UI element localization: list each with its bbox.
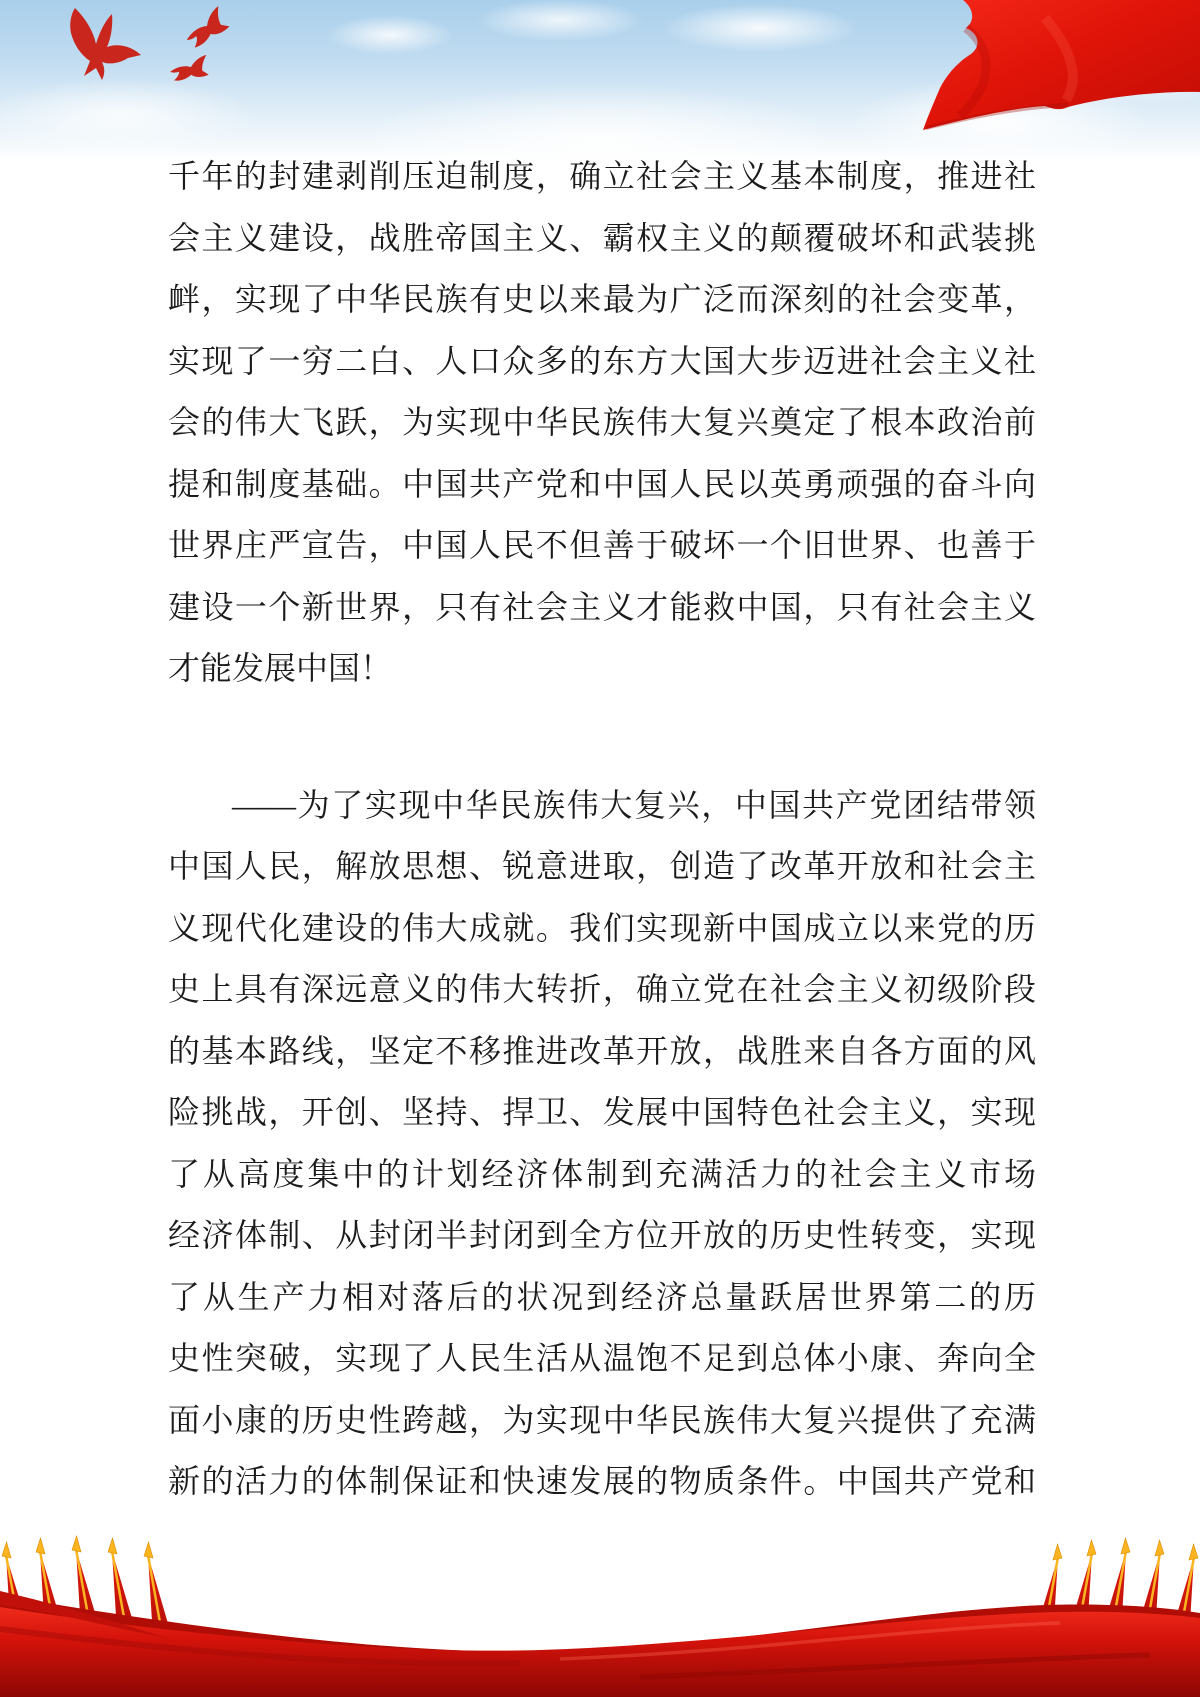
dove-medium-icon <box>181 5 230 49</box>
dove-large-icon <box>70 8 141 80</box>
text-line: 的基本路线，坚定不移推进改革开放，战胜来自各方面的风 <box>168 1021 1036 1083</box>
text-line: 实现了一穷二白、人口众多的东方大国大步迈进社会主义社 <box>168 331 1036 393</box>
text-line: 面小康的历史性跨越，为实现中华民族伟大复兴提供了充满 <box>168 1390 1036 1452</box>
text-line: 史上具有深远意义的伟大转折，确立党在社会主义初级阶段 <box>168 959 1036 1021</box>
text-line: 提和制度基础。中国共产党和中国人民以英勇顽强的奋斗向 <box>168 454 1036 516</box>
document-page: 千年的封建剥削压迫制度，确立社会主义基本制度，推进社会主义建设，战胜帝国主义、霸… <box>0 0 1200 1697</box>
text-line: ——为了实现中华民族伟大复兴，中国共产党团结带领 <box>168 775 1036 837</box>
dove-small-icon <box>169 50 211 85</box>
text-line: 世界庄严宣告，中国人民不但善于破坏一个旧世界、也善于 <box>168 515 1036 577</box>
silk-ribbon <box>0 1591 1200 1697</box>
text-line: 新的活力的体制保证和快速发展的物质条件。中国共产党和 <box>168 1451 1036 1513</box>
paragraph-1: 千年的封建剥削压迫制度，确立社会主义基本制度，推进社会主义建设，战胜帝国主义、霸… <box>168 146 1036 700</box>
text-line: 险挑战，开创、坚持、捍卫、发展中国特色社会主义，实现 <box>168 1082 1036 1144</box>
text-line: 才能发展中国！ <box>168 638 1036 700</box>
text-line: 经济体制、从封闭半封闭到全方位开放的历史性转变，实现 <box>168 1205 1036 1267</box>
text-line: 史性突破，实现了人民生活从温饱不足到总体小康、奔向全 <box>168 1328 1036 1390</box>
red-ribbon-decoration <box>0 1527 1200 1697</box>
text-line: 会主义建设，战胜帝国主义、霸权主义的颠覆破坏和武装挑 <box>168 208 1036 270</box>
doves-icon <box>55 2 230 97</box>
text-line: 了从高度集中的计划经济体制到充满活力的社会主义市场 <box>168 1144 1036 1206</box>
paragraph-2: ——为了实现中华民族伟大复兴，中国共产党团结带领中国人民，解放思想、锐意进取，创… <box>168 775 1036 1513</box>
document-text: 千年的封建剥削压迫制度，确立社会主义基本制度，推进社会主义建设，战胜帝国主义、霸… <box>168 146 1036 1513</box>
text-line: 会的伟大飞跃，为实现中华民族伟大复兴奠定了根本政治前 <box>168 392 1036 454</box>
sky-background <box>0 0 1200 162</box>
text-line: 中国人民，解放思想、锐意进取，创造了改革开放和社会主 <box>168 836 1036 898</box>
red-flag-icon <box>840 0 1200 150</box>
text-line: 衅，实现了中华民族有史以来最为广泛而深刻的社会变革， <box>168 269 1036 331</box>
text-line: 千年的封建剥削压迫制度，确立社会主义基本制度，推进社 <box>168 146 1036 208</box>
text-line: 义现代化建设的伟大成就。我们实现新中国成立以来党的历 <box>168 898 1036 960</box>
text-line: 了从生产力相对落后的状况到经济总量跃居世界第二的历 <box>168 1267 1036 1329</box>
text-line: 建设一个新世界，只有社会主义才能救中国，只有社会主义 <box>168 577 1036 639</box>
